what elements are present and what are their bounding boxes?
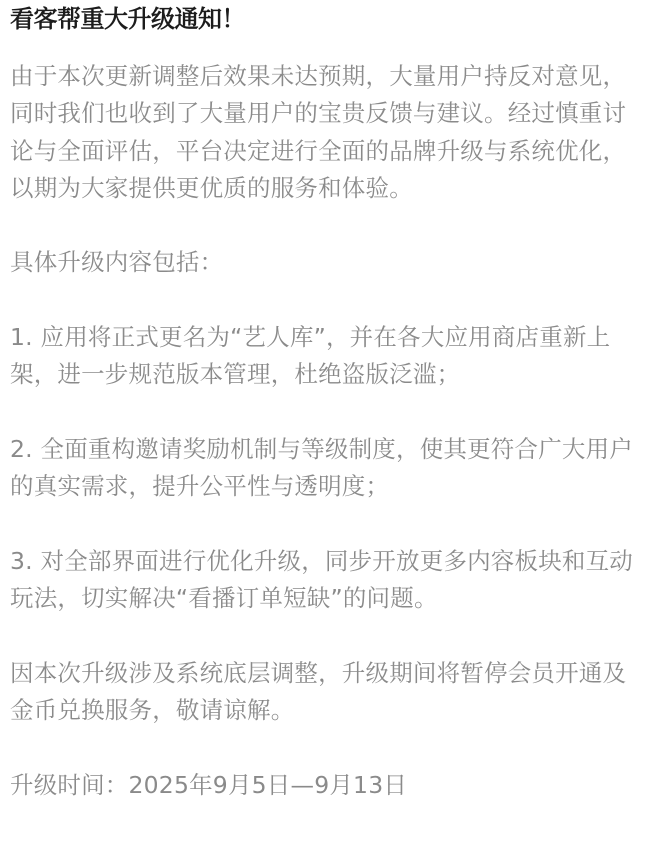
list-item: 1. 应用将正式更名为“艺人库”，并在各大应用商店重新上架，进一步规范版本管理，… (10, 319, 644, 394)
list-item: 2. 全面重构邀请奖励机制与等级制度，使其更符合广大用户的真实需求，提升公平性与… (10, 431, 644, 506)
list-heading: 具体升级内容包括： (10, 244, 644, 281)
notice-page: 看客帮重大升级通知！ 由于本次更新调整后效果未达预期，大量用户持反对意见，同时我… (0, 0, 654, 804)
spacer (10, 506, 644, 543)
spacer (10, 394, 644, 431)
spacer (10, 729, 644, 766)
spacer (10, 617, 644, 654)
spacer (10, 207, 644, 244)
notice-body: 由于本次更新调整后效果未达预期，大量用户持反对意见，同时我们也收到了大量用户的宝… (10, 58, 644, 804)
suspension-note: 因本次升级涉及系统底层调整，升级期间将暂停会员开通及金币兑换服务，敬请谅解。 (10, 655, 644, 730)
notice-title: 看客帮重大升级通知！ (10, 0, 644, 36)
schedule-text: 升级时间：2025年9月5日—9月13日 (10, 767, 644, 804)
intro-paragraph: 由于本次更新调整后效果未达预期，大量用户持反对意见，同时我们也收到了大量用户的宝… (10, 58, 644, 207)
list-item: 3. 对全部界面进行优化升级，同步开放更多内容板块和互动玩法，切实解决“看播订单… (10, 543, 644, 618)
spacer (10, 282, 644, 319)
